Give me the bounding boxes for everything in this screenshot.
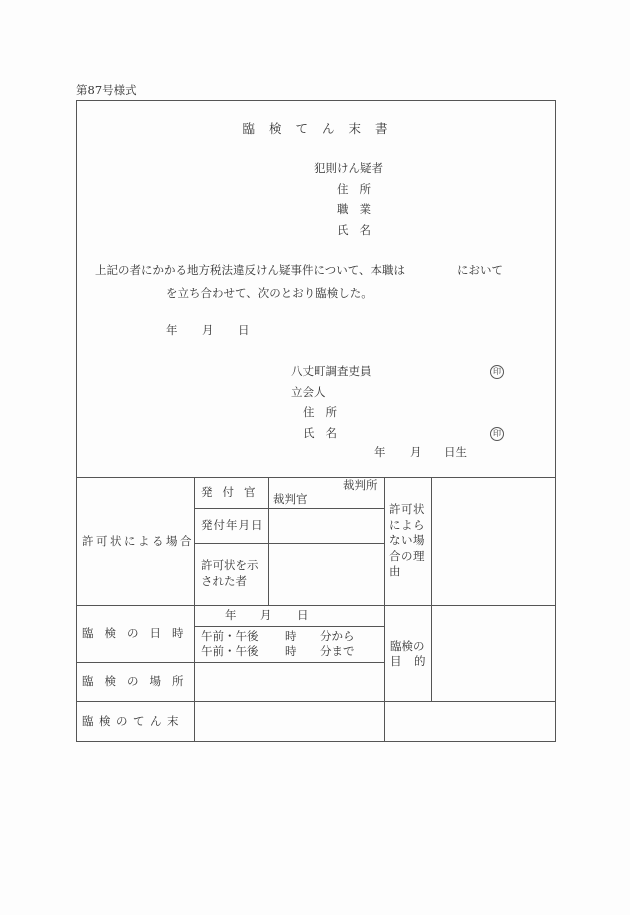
purpose-label-line2a: 目 xyxy=(390,656,402,668)
body-text-line2: を立ち合わせて、次のとおり臨検した。 xyxy=(166,288,373,300)
divider xyxy=(76,605,556,606)
without-warrant-reason-label: 許可状によらない場合の理由 xyxy=(389,502,427,580)
date-year: 年 xyxy=(166,325,178,337)
issuer-label: 発付官 xyxy=(201,487,266,499)
date-month: 月 xyxy=(202,325,214,337)
issue-date-label: 発付年月日 xyxy=(201,520,264,532)
divider xyxy=(194,508,384,509)
body-text-line1: 上記の者にかかる地方税法違反けん疑事件について、本職は xyxy=(95,265,405,277)
form-number: 第87号様式 xyxy=(76,85,137,97)
divider xyxy=(76,477,556,478)
suspect-occupation-label: 職業 xyxy=(337,204,382,216)
document-title: 臨検てん末書 xyxy=(0,123,630,136)
inspection-datetime-label: 臨検の日時 xyxy=(82,628,195,640)
body-text-line1-end: において xyxy=(457,265,503,277)
birth-day: 日生 xyxy=(444,447,467,459)
divider xyxy=(76,701,556,702)
with-warrant-label: 許可状による場合 xyxy=(82,536,194,548)
date-day: 日 xyxy=(238,325,250,337)
divider xyxy=(194,543,384,544)
divider xyxy=(431,477,432,701)
from-ampm: 午前・午後 xyxy=(201,631,259,643)
from-hour: 時 xyxy=(285,631,297,643)
issuer-court: 裁判所 xyxy=(343,480,378,492)
divider xyxy=(194,477,195,742)
form-frame xyxy=(76,100,556,742)
from-minute: 分から xyxy=(320,631,355,643)
shown-to-label: 許可状を示された者 xyxy=(201,558,263,589)
divider xyxy=(384,477,385,742)
to-ampm: 午前・午後 xyxy=(201,646,259,658)
inspect-date-month: 月 xyxy=(260,610,272,622)
seal-icon: 印 xyxy=(490,365,504,379)
inspect-date-year: 年 xyxy=(225,610,237,622)
witness-label: 立会人 xyxy=(291,387,326,399)
to-hour: 時 xyxy=(285,646,297,658)
investigator-label: 八丈町調査吏員 xyxy=(291,366,372,378)
inspect-date-day: 日 xyxy=(297,610,309,622)
divider xyxy=(76,662,384,663)
purpose-label-line1: 臨検の xyxy=(390,641,425,653)
divider xyxy=(194,626,384,627)
suspect-address-label: 住所 xyxy=(337,184,382,196)
birth-year: 年 xyxy=(374,447,386,459)
witness-name-label: 氏名 xyxy=(303,428,348,440)
divider xyxy=(268,477,269,605)
seal-icon: 印 xyxy=(490,427,504,441)
birth-month: 月 xyxy=(410,447,422,459)
witness-address-label: 住所 xyxy=(303,407,348,419)
to-minute: 分まで xyxy=(320,646,355,658)
suspect-heading: 犯則けん疑者 xyxy=(314,163,383,175)
suspect-name-label: 氏名 xyxy=(337,225,382,237)
inspection-tenmatsu-label: 臨検のてん末 xyxy=(82,716,184,728)
purpose-label-line2b: 的 xyxy=(414,656,426,668)
inspection-place-label: 臨検の場所 xyxy=(82,676,195,688)
issuer-judge: 裁判官 xyxy=(273,494,308,506)
